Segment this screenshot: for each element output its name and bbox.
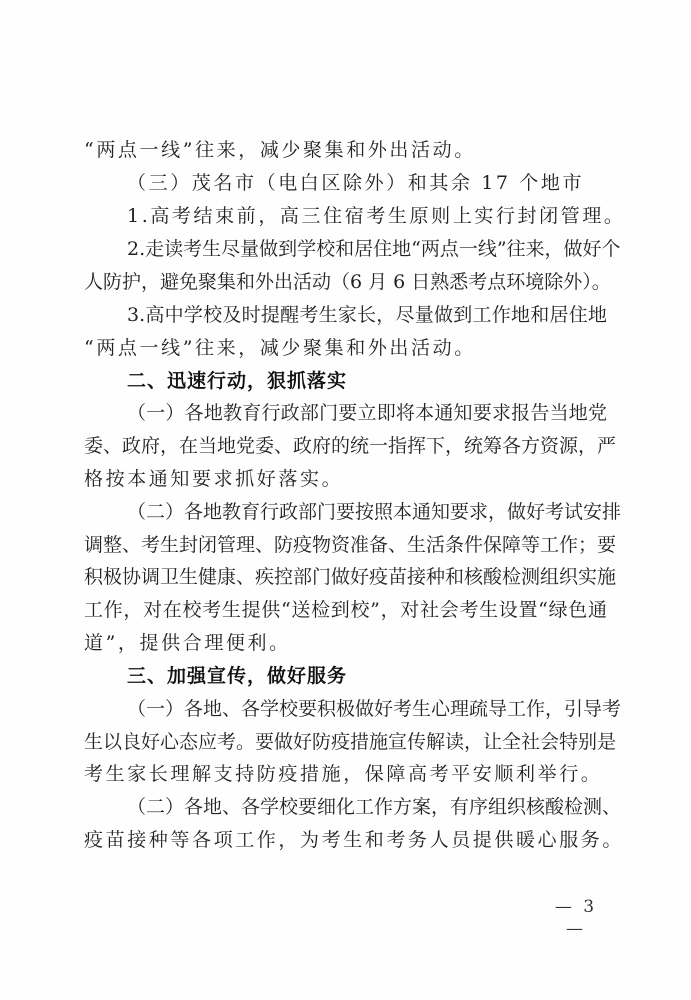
paragraph-line: 道”，提供合理便利。 xyxy=(84,630,607,656)
list-item: 2.走读考生尽量做到学校和居住地“两点一线”往来，做好个 xyxy=(127,236,607,262)
paragraph-line: 格按本通知要求抓好落实。 xyxy=(84,466,607,492)
paragraph-line: （一）各地、各学校要积极做好考生心理疏导工作，引导考 xyxy=(127,696,607,722)
section-heading: 二、迅速行动，狠抓落实 xyxy=(127,368,607,394)
subsection-heading: （三）茂名市（电白区除外）和其余 17 个地市 xyxy=(127,170,607,196)
page-number: — 3 — xyxy=(545,896,607,918)
section-heading: 三、加强宣传，做好服务 xyxy=(127,663,607,689)
body-line: “两点一线”往来，减少聚集和外出活动。 xyxy=(84,137,607,163)
document-page: “两点一线”往来，减少聚集和外出活动。 （三）茂名市（电白区除外）和其余 17 … xyxy=(0,0,691,1000)
paragraph-line: （二）各地教育行政部门要按照本通知要求，做好考试安排 xyxy=(127,499,607,525)
paragraph-line: 工作，对在校考生提供“送检到校”，对社会考生设置“绿色通 xyxy=(84,597,607,623)
paragraph-line: 生以良好心态应考。要做好防疫措施宣传解读，让全社会特别是 xyxy=(84,729,607,755)
body-line: “两点一线”往来，减少聚集和外出活动。 xyxy=(84,335,607,361)
paragraph-line: 积极协调卫生健康、疾控部门做好疫苗接种和核酸检测组织实施 xyxy=(84,564,607,590)
list-item: 1.高考结束前，高三住宿考生原则上实行封闭管理。 xyxy=(127,203,607,229)
paragraph-line: 委、政府，在当地党委、政府的统一指挥下，统筹各方资源，严 xyxy=(84,433,607,459)
list-item: 3.高中学校及时提醒考生家长，尽量做到工作地和居住地 xyxy=(127,302,607,328)
paragraph-line: （二）各地、各学校要细化工作方案，有序组织核酸检测、 xyxy=(127,794,607,820)
paragraph-line: （一）各地教育行政部门要立即将本通知要求报告当地党 xyxy=(127,400,607,426)
paragraph-line: 调整、考生封闭管理、防疫物资准备、生活条件保障等工作；要 xyxy=(84,532,607,558)
paragraph-line: 疫苗接种等各项工作，为考生和考务人员提供暖心服务。 xyxy=(84,827,607,853)
body-line: 人防护，避免聚集和外出活动（6 月 6 日熟悉考点环境除外）。 xyxy=(84,269,607,295)
paragraph-line: 考生家长理解支持防疫措施，保障高考平安顺利举行。 xyxy=(84,761,607,787)
